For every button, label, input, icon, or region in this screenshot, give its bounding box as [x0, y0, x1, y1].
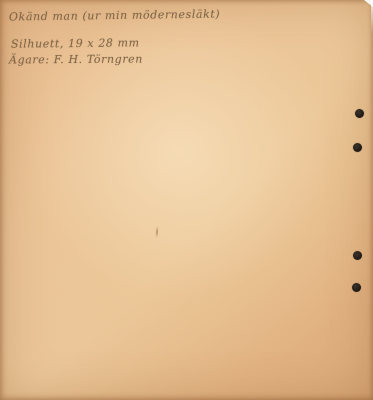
ink-dot [352, 283, 361, 292]
clipped-corner [364, 0, 373, 7]
annotation-title-line: Okänd man (ur min mödernesläkt) [9, 9, 220, 23]
annotation-dimensions-line: Silhuett, 19 x 28 mm [11, 37, 140, 49]
annotation-owner-line: Ägare: F. H. Törngren [9, 54, 143, 66]
ink-dot [353, 143, 362, 152]
speck-mark [156, 226, 159, 238]
scanned-card: Okänd man (ur min mödernesläkt) Silhuett… [0, 0, 373, 400]
ink-dot [353, 251, 362, 260]
ink-dot [355, 109, 364, 118]
